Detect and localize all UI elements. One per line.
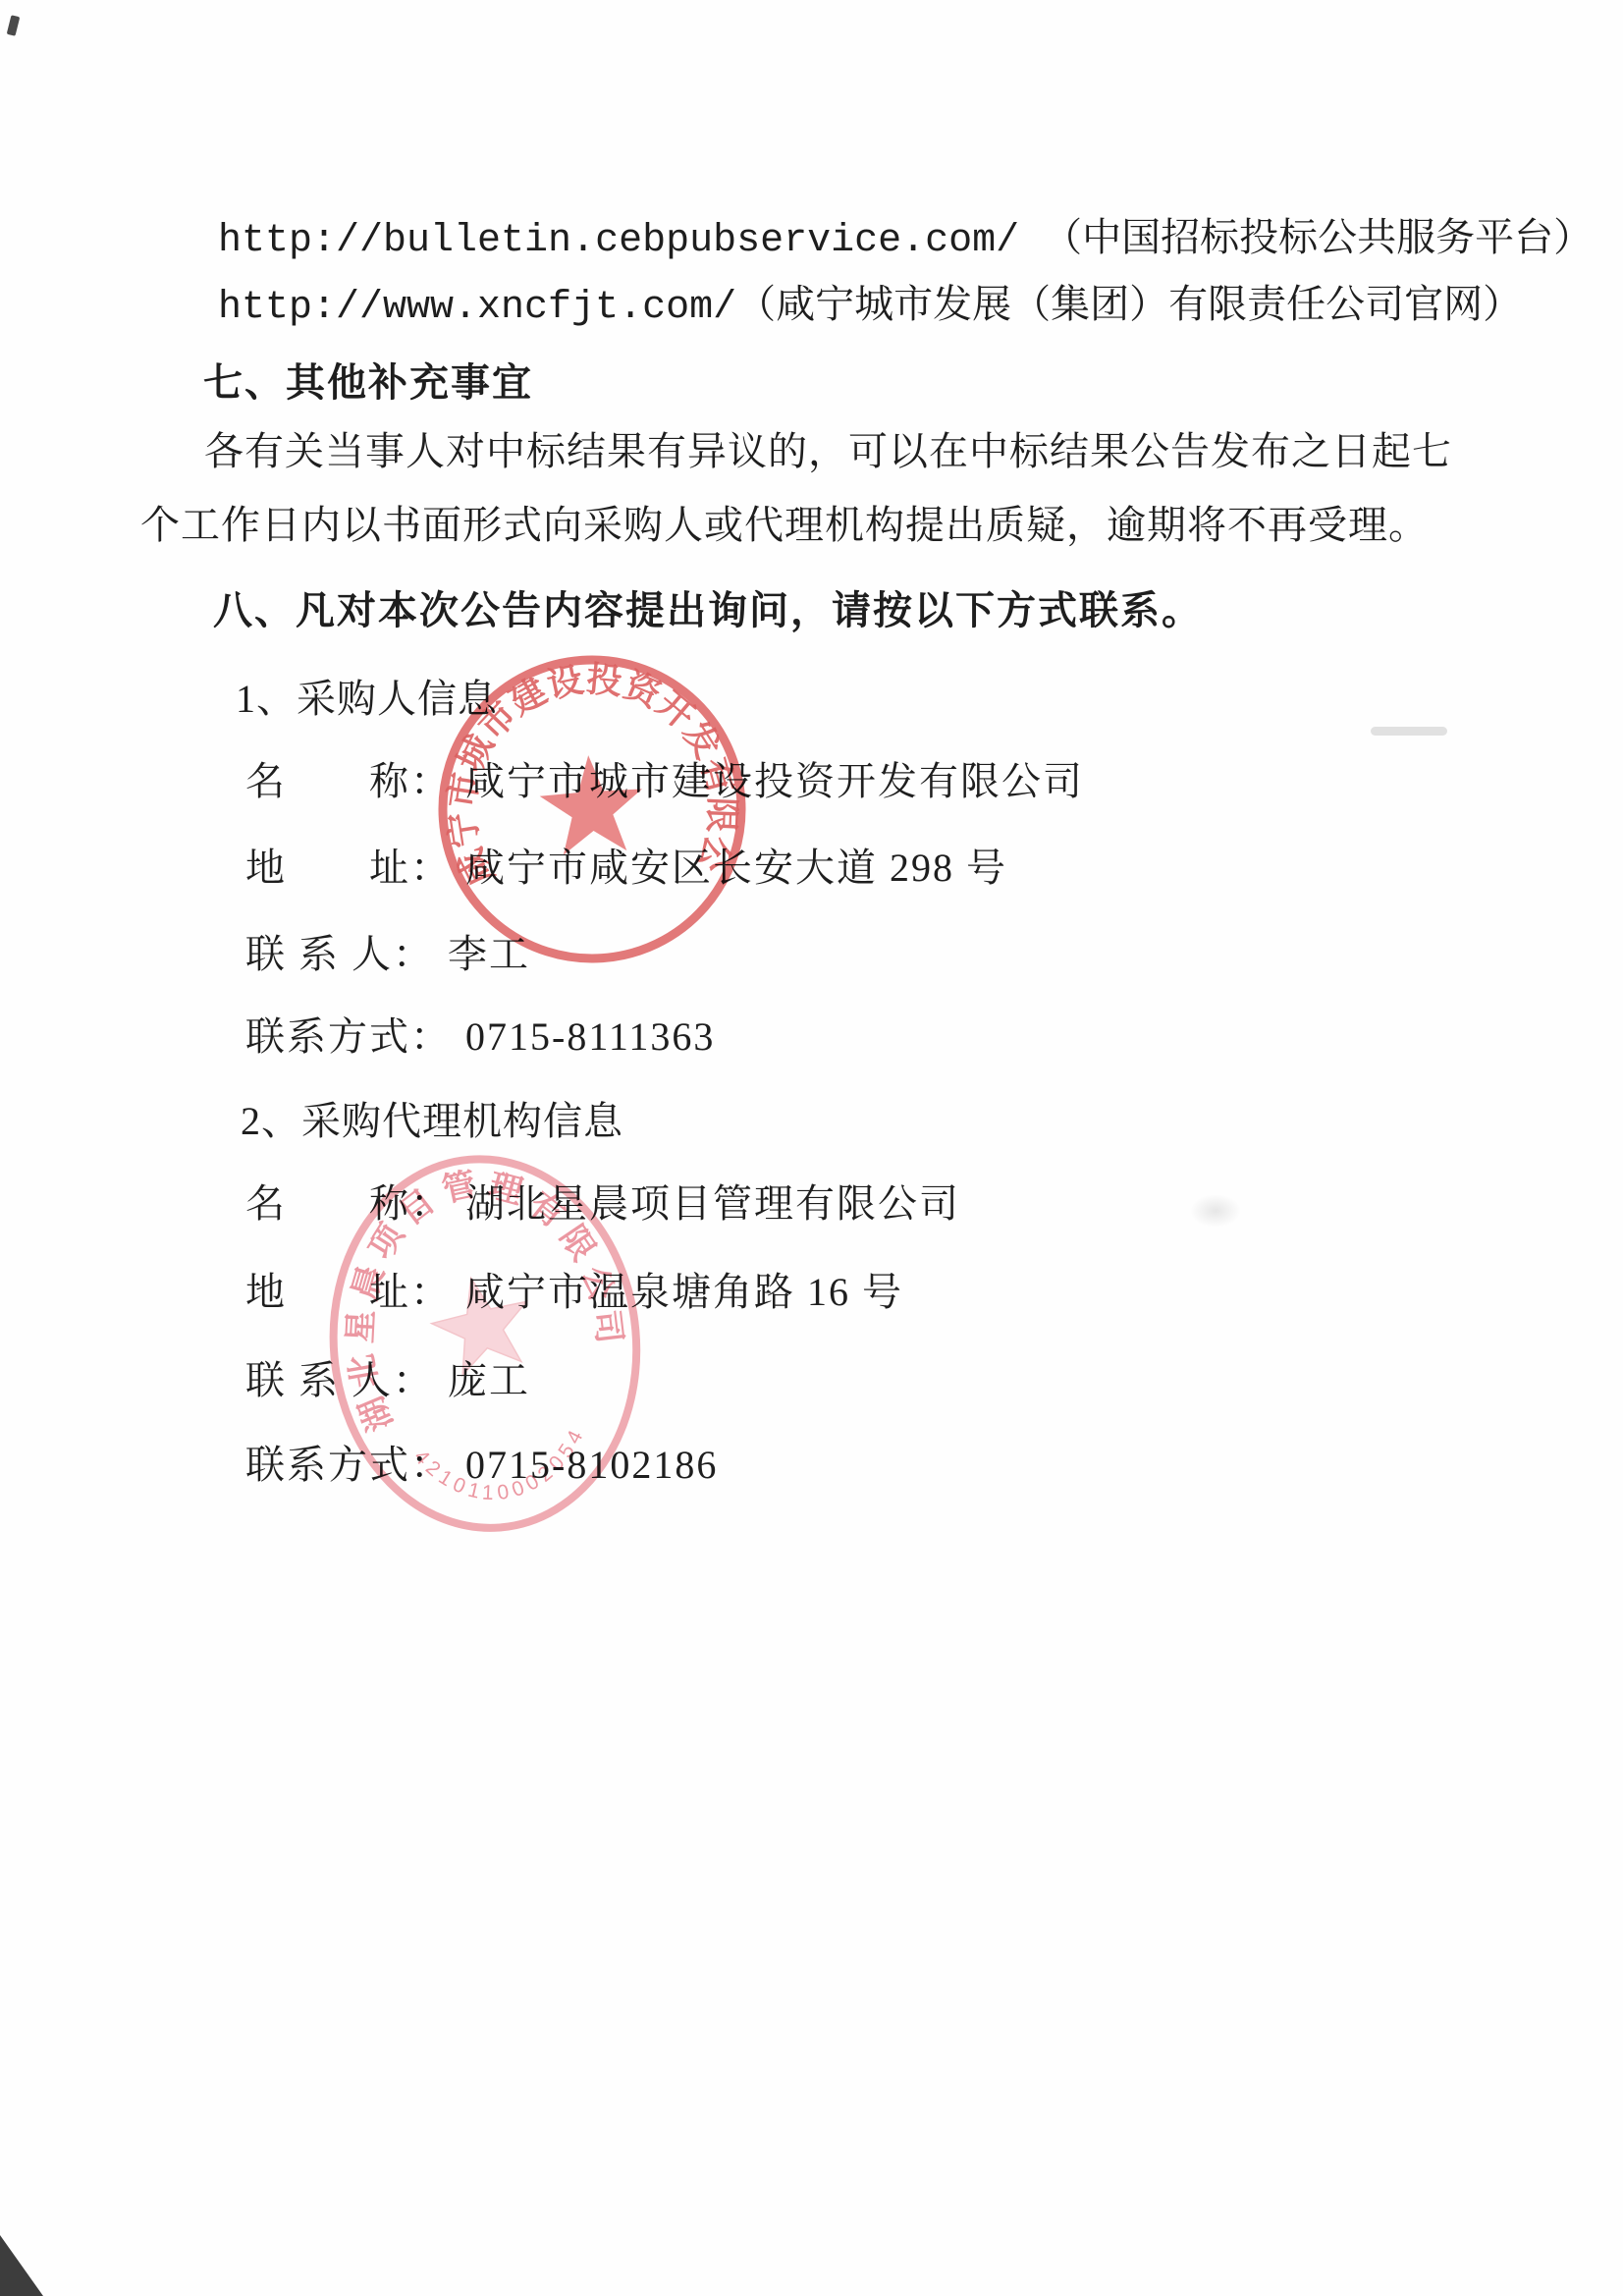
purchaser-name-value: 咸宁市城市建设投资开发有限公司 — [465, 759, 1084, 803]
purchaser-address-label: 地 址： — [245, 846, 452, 890]
purchaser-name-label: 名 称： — [245, 759, 452, 803]
section-7-body-line-1: 各有关当事人对中标结果有异议的，可以在中标结果公告发布之日起七 — [204, 428, 1452, 475]
agency-phone-label: 联系方式： — [245, 1443, 452, 1487]
agency-title: 2、采购代理机构信息 — [241, 1098, 623, 1145]
section-8-heading: 八、凡对本次公告内容提出询问，请按以下方式联系。 — [213, 587, 1203, 634]
purchaser-phone-value: 0715-8111363 — [465, 1014, 715, 1059]
purchaser-name-row: 名 称：咸宁市城市建设投资开发有限公司 — [245, 758, 1084, 805]
purchaser-phone-label: 联系方式： — [245, 1014, 452, 1059]
agency-contact-value: 庞工 — [448, 1358, 530, 1402]
agency-phone-value: 0715-8102186 — [465, 1443, 718, 1487]
link-xncfjt: http://www.xncfjt.com/（咸宁城市发展（集团）有限责任公司官… — [218, 285, 1522, 332]
agency-address-label: 地 址： — [245, 1270, 452, 1314]
scan-artifact-smudge — [1190, 1194, 1241, 1228]
agency-contact-row: 联 系 人：庞工 — [245, 1357, 530, 1404]
scan-artifact-bottom-left — [0, 2235, 43, 2296]
link-cebpubservice: http://bulletin.cebpubservice.com/ （中国招标… — [218, 218, 1593, 265]
purchaser-contact-label: 联 系 人： — [245, 932, 434, 976]
scan-artifact-top-left — [7, 15, 21, 36]
agency-address-row: 地 址：咸宁市温泉塘角路 16 号 — [245, 1269, 903, 1316]
document-page: http://bulletin.cebpubservice.com/ （中国招标… — [0, 0, 1623, 2296]
agency-address-value: 咸宁市温泉塘角路 16 号 — [465, 1270, 903, 1314]
scan-artifact-dash — [1371, 727, 1447, 736]
purchaser-address-value: 咸宁市咸安区长安大道 298 号 — [465, 846, 1007, 890]
agency-name-row: 名 称：湖北星晨项目管理有限公司 — [245, 1180, 960, 1228]
section-7-body-line-2: 个工作日内以书面形式向采购人或代理机构提出质疑，逾期将不再受理。 — [140, 502, 1429, 549]
purchaser-phone-row: 联系方式：0715-8111363 — [245, 1013, 715, 1061]
agency-phone-row: 联系方式：0715-8102186 — [245, 1442, 718, 1489]
agency-name-label: 名 称： — [245, 1181, 452, 1226]
purchaser-address-row: 地 址：咸宁市咸安区长安大道 298 号 — [245, 845, 1007, 892]
section-7-heading: 七、其他补充事宜 — [203, 359, 533, 407]
purchaser-title: 1、采购人信息 — [236, 676, 498, 723]
purchaser-contact-value: 李工 — [448, 932, 530, 976]
agency-name-value: 湖北星晨项目管理有限公司 — [465, 1181, 960, 1226]
agency-contact-label: 联 系 人： — [245, 1358, 434, 1402]
purchaser-contact-row: 联 系 人：李工 — [245, 931, 530, 978]
